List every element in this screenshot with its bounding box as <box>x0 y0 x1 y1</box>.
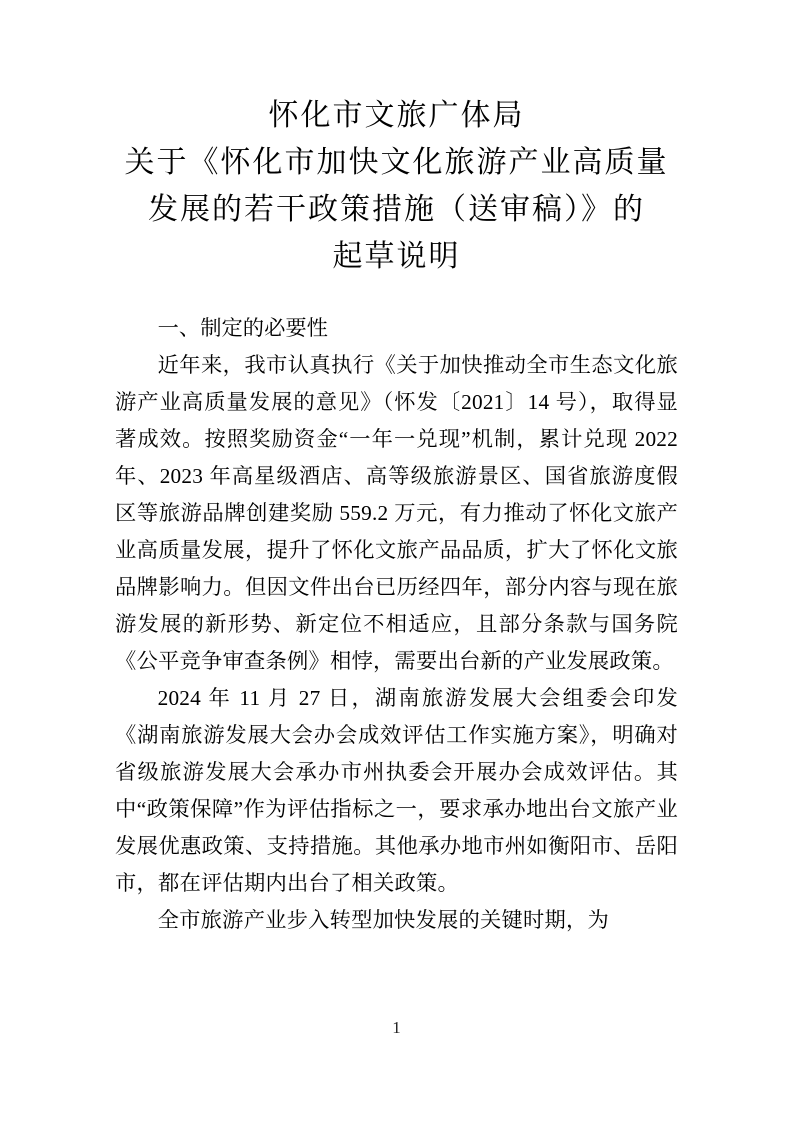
title-line-1: 怀化市文旅广体局 <box>115 92 678 139</box>
paragraph-3: 全市旅游产业步入转型加快发展的关键时期，为 <box>115 902 678 939</box>
document-body: 一、制定的必要性 近年来，我市认真执行《关于加快推动全市生态文化旅游产业高质量发… <box>115 310 678 939</box>
title-line-2: 关于《怀化市加快文化旅游产业高质量 <box>115 139 678 186</box>
paragraph-1: 近年来，我市认真执行《关于加快推动全市生态文化旅游产业高质量发展的意见》（怀发〔… <box>115 347 678 680</box>
document-page: 怀化市文旅广体局 关于《怀化市加快文化旅游产业高质量 发展的若干政策措施（送审稿… <box>0 0 793 1122</box>
title-line-3: 发展的若干政策措施（送审稿）》的 <box>115 186 678 233</box>
document-title: 怀化市文旅广体局 关于《怀化市加快文化旅游产业高质量 发展的若干政策措施（送审稿… <box>115 92 678 280</box>
paragraph-2: 2024 年 11 月 27 日，湖南旅游发展大会组委会印发《湖南旅游发展大会办… <box>115 680 678 902</box>
page-footer: 1 <box>0 1016 793 1040</box>
title-line-4: 起草说明 <box>115 233 678 280</box>
page-number: 1 <box>392 1018 401 1037</box>
section-heading: 一、制定的必要性 <box>115 310 678 347</box>
